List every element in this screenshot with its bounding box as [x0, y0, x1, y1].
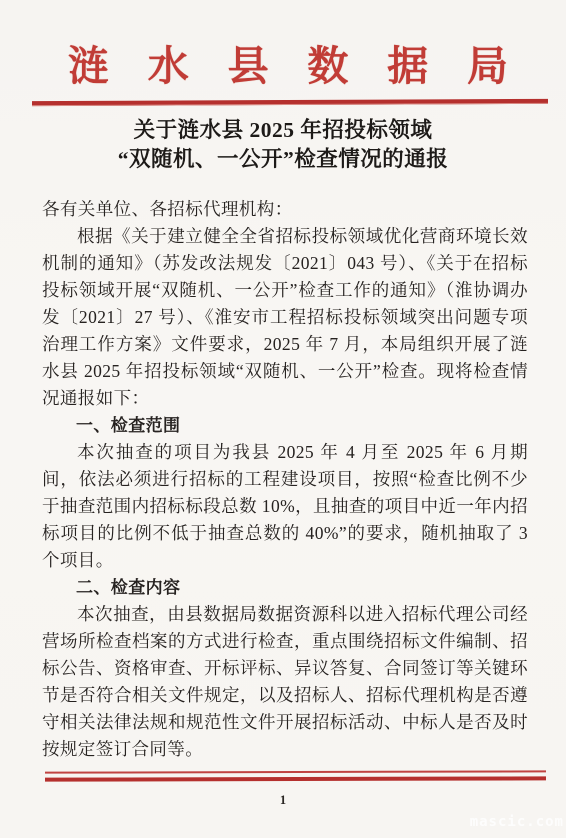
section-2-paragraph: 本次抽查，由县数据局数据资源科以进入招标代理公司经营场所检查档案的方式进行检查，… [42, 601, 528, 763]
watermark-text: mascic.com [470, 814, 564, 830]
salutation: 各有关单位、各招标代理机构： [42, 196, 528, 223]
intro-paragraph: 根据《关于建立健全全省招标投标领域优化营商环境长效机制的通知》（苏发改法规发〔2… [42, 223, 528, 412]
letterhead-agency-name: 涟 水 县 数 据 局 [68, 46, 508, 87]
agency-char: 水 [148, 46, 189, 87]
section-2-heading: 二、检查内容 [42, 574, 528, 601]
agency-char: 县 [228, 46, 269, 87]
section-1-paragraph: 本次抽查的项目为我县 2025 年 4 月至 2025 年 6 月期间，依法必须… [42, 439, 528, 574]
footer-rule-thick [45, 776, 546, 781]
document-title-line1: 关于涟水县 2025 年招投标领域 [40, 116, 526, 145]
document-title-line2: “双随机、一公开”检查情况的通报 [40, 145, 526, 174]
page-number: 1 [0, 793, 566, 808]
document-title: 关于涟水县 2025 年招投标领域 “双随机、一公开”检查情况的通报 [40, 116, 526, 174]
agency-char: 据 [387, 46, 428, 87]
letterhead-divider-rule [32, 99, 548, 106]
agency-char: 涟 [68, 46, 109, 87]
section-1-heading: 一、检查范围 [42, 412, 528, 439]
document-page: 涟 水 县 数 据 局 关于涟水县 2025 年招投标领域 “双随机、一公开”检… [0, 0, 566, 838]
agency-char: 局 [467, 46, 508, 87]
footer-rule-thin [45, 770, 546, 773]
document-body: 各有关单位、各招标代理机构： 根据《关于建立健全全省招标投标领域优化营商环境长效… [42, 196, 528, 763]
agency-char: 数 [307, 46, 348, 87]
